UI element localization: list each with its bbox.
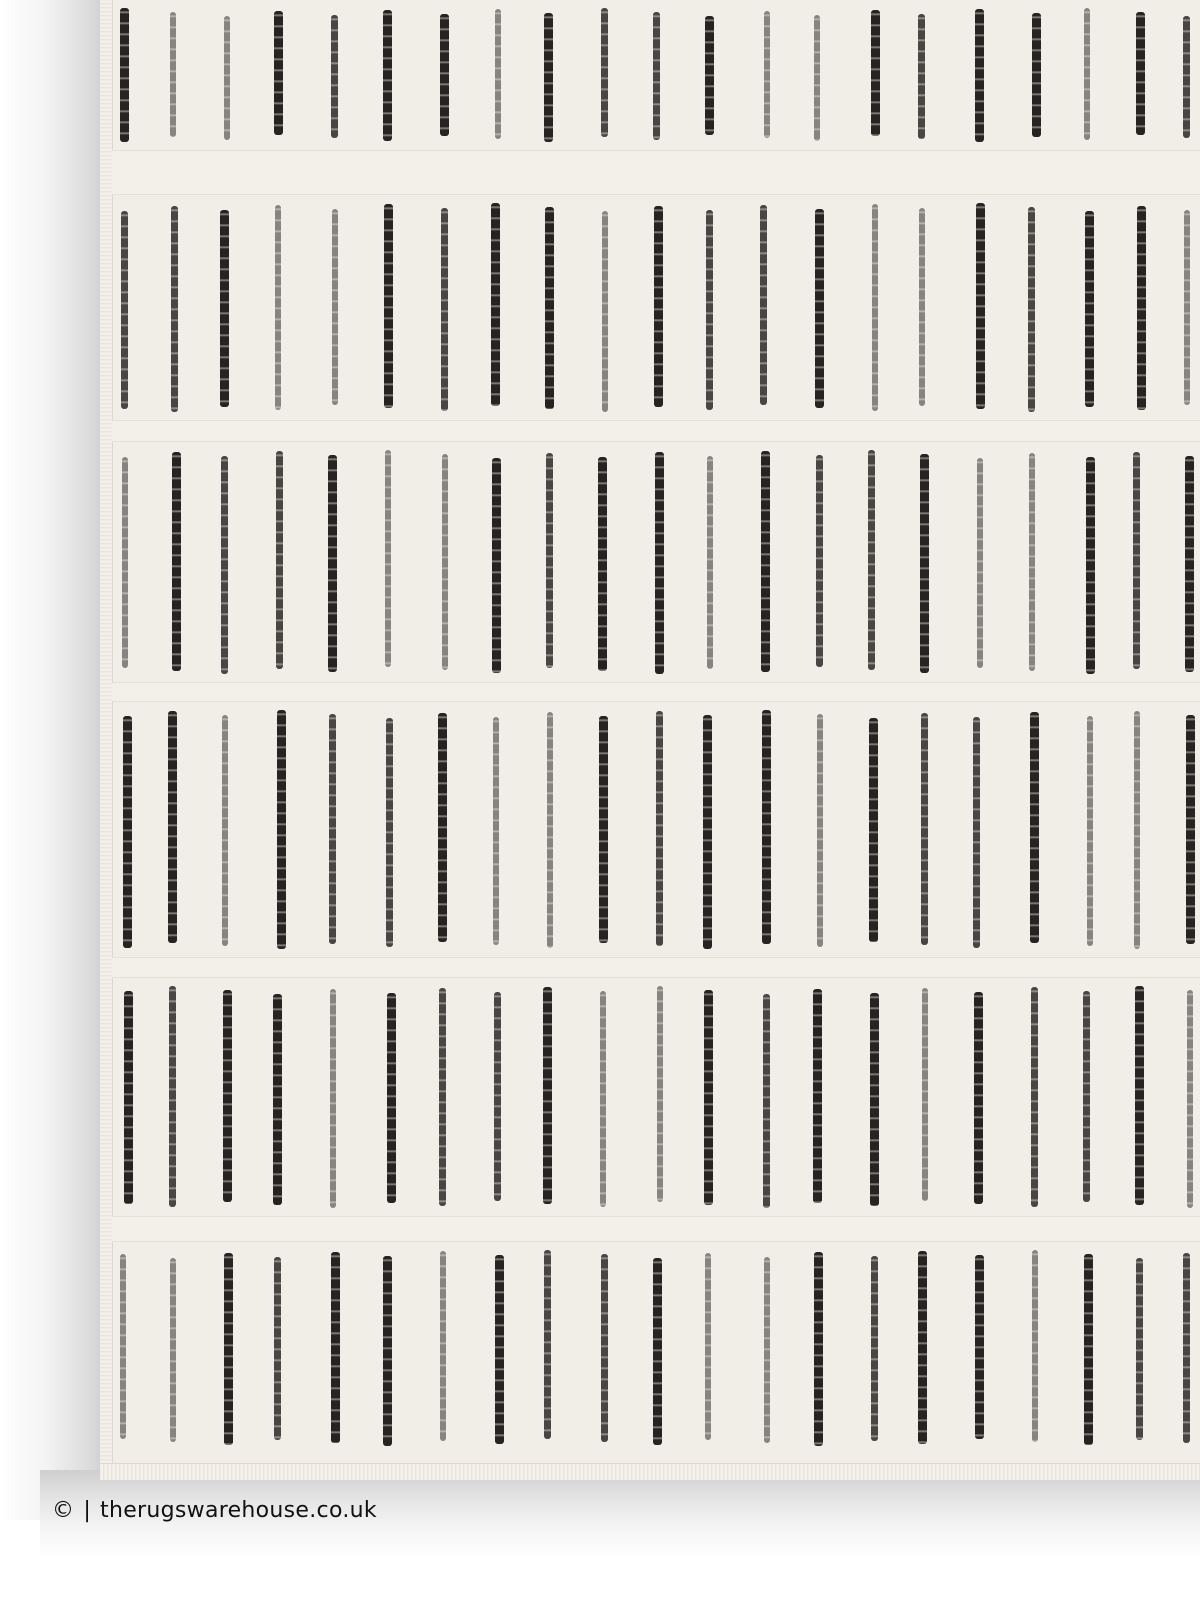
pattern-gap [112,150,1200,195]
pattern-stripe [762,710,771,944]
pattern-stripe [705,1253,711,1440]
pattern-stripe [543,987,552,1204]
pattern-stripe [1186,715,1195,944]
pattern-stripe [707,456,713,669]
pattern-stripe [760,205,767,405]
pattern-stripe [654,206,663,407]
pattern-stripe [1183,16,1190,138]
pattern-stripe [601,1254,608,1442]
pattern-stripe [976,203,985,409]
pattern-stripe [1183,1253,1190,1443]
pattern-stripe [871,1256,878,1441]
pattern-stripe [172,452,181,671]
pattern-stripe [601,8,608,137]
pattern-stripe [817,714,823,947]
pattern-stripe [706,210,713,410]
pattern-stripe [599,716,608,943]
pattern-stripe [168,711,177,943]
pattern-stripe [761,451,770,672]
pattern-stripe [223,990,232,1202]
pattern-stripe [705,16,714,135]
pattern-stripe [1085,211,1094,407]
pattern-stripe [814,1252,823,1446]
pattern-stripe [330,989,336,1208]
pattern-stripe [329,714,336,944]
pattern-stripe [1029,453,1035,671]
pattern-stripe [277,710,286,949]
pattern-stripe [1032,1250,1038,1442]
pattern-stripe [546,453,553,668]
pattern-stripe [544,13,553,142]
pattern-stripe [1187,990,1193,1208]
pattern-stripe [1032,13,1041,137]
pattern-stripe [1137,206,1146,410]
pattern-stripe [442,454,448,670]
pattern-stripe [975,9,984,142]
pattern-stripe [922,988,928,1201]
pattern-stripe [220,210,229,407]
pattern-stripe [494,992,501,1201]
pattern-stripe [440,1251,446,1441]
pattern-stripe [1030,712,1039,943]
rug-binding-bottom [100,1463,1200,1480]
pattern-stripe [871,10,880,136]
pattern-stripe [169,986,176,1207]
pattern-stripe [1087,716,1093,946]
pattern-stripe [170,1258,176,1442]
pattern-stripe [1133,452,1140,669]
pattern-band [112,8,1200,142]
pattern-stripe [438,713,447,942]
pattern-stripe [868,450,875,670]
pattern-stripe [974,992,983,1204]
rug [100,0,1200,1480]
pattern-stripe [921,713,928,945]
pattern-stripe [1084,8,1090,140]
pattern-band [112,203,1200,412]
pattern-stripe [439,988,446,1206]
photo-shadow-left [0,0,110,1520]
pattern-stripe [328,455,337,672]
pattern-stripe [814,15,820,141]
pattern-stripe [224,16,230,140]
pattern-stripe [1135,986,1144,1205]
pattern-stripe [918,14,925,139]
pattern-stripe [544,1250,551,1439]
pattern-stripe [600,991,606,1207]
pattern-stripe [657,986,663,1202]
pattern-stripe [120,8,129,142]
pattern-stripe [1031,987,1038,1207]
pattern-stripe [332,209,338,405]
pattern-stripe [387,993,396,1203]
pattern-stripe [492,458,501,673]
pattern-stripe [815,209,824,408]
pattern-stripe [1136,12,1145,135]
pattern-stripe [441,208,448,411]
pattern-stripe [493,717,499,945]
pattern-gap [112,420,1200,442]
pattern-stripe [275,205,281,410]
pattern-stripe [869,718,878,942]
copyright-icon: © [52,1498,74,1523]
pattern-band [112,1250,1200,1446]
pattern-stripe [331,15,338,138]
pattern-stripe [384,204,393,408]
pattern-stripe [763,994,770,1208]
pattern-stripe [872,204,878,411]
pattern-stripe [918,1251,927,1444]
pattern-gap [112,957,1200,978]
pattern-stripe [1136,1258,1143,1440]
pattern-stripe [124,991,133,1204]
pattern-stripe [121,211,128,409]
pattern-band [112,710,1200,949]
pattern-gap [112,682,1200,702]
watermark-separator: | [83,1498,91,1523]
pattern-stripe [1185,456,1194,672]
pattern-stripe [274,1257,281,1440]
pattern-stripe [816,455,823,667]
pattern-stripe [331,1252,340,1443]
pattern-stripe [764,11,770,138]
pattern-stripe [1134,711,1140,949]
pattern-stripe [221,456,228,674]
pattern-stripe [977,458,983,668]
pattern-stripe [602,211,608,412]
pattern-band [112,986,1200,1208]
pattern-stripe [1083,991,1090,1202]
pattern-stripe [276,451,283,669]
pattern-stripe [383,1256,392,1446]
pattern-stripe [919,208,925,406]
pattern-stripe [274,11,283,135]
pattern-stripe [547,712,553,948]
pattern-stripe [273,994,282,1205]
pattern-stripe [653,1258,662,1445]
pattern-stripe [870,993,879,1206]
pattern-stripe [222,715,228,946]
pattern-stripe [120,1254,126,1439]
pattern-stripe [973,717,980,948]
pattern-stripe [440,14,449,136]
pattern-stripe [1084,1254,1093,1445]
pattern-stripe [545,207,554,409]
pattern-stripe [764,1257,770,1443]
pattern-stripe [655,452,664,674]
watermark: ©|therugswarehouse.co.uk [52,1498,377,1523]
pattern-stripe [703,715,712,949]
pattern-stripe [495,9,501,139]
pattern-stripe [975,1255,984,1439]
pattern-stripe [656,711,663,946]
pattern-stripe [704,990,713,1205]
pattern-stripe [1086,457,1095,674]
watermark-site: therugswarehouse.co.uk [100,1498,377,1523]
pattern-stripe [123,716,132,948]
pattern-stripe [171,206,178,412]
pattern-stripe [491,203,500,406]
pattern-gap [112,1216,1200,1242]
pattern-stripe [495,1255,504,1444]
pattern-band [112,450,1200,674]
pattern-stripe [1184,210,1190,405]
pattern-stripe [653,12,660,140]
pattern-stripe [224,1253,233,1445]
pattern-stripe [813,989,822,1203]
pattern-stripe [385,450,391,667]
pattern-stripe [386,718,393,947]
pattern-stripe [383,10,392,141]
pattern-stripe [920,454,929,673]
pattern-stripe [598,457,607,671]
pattern-stripe [170,12,176,137]
pattern-stripe [122,457,128,668]
pattern-stripe [1028,207,1035,412]
